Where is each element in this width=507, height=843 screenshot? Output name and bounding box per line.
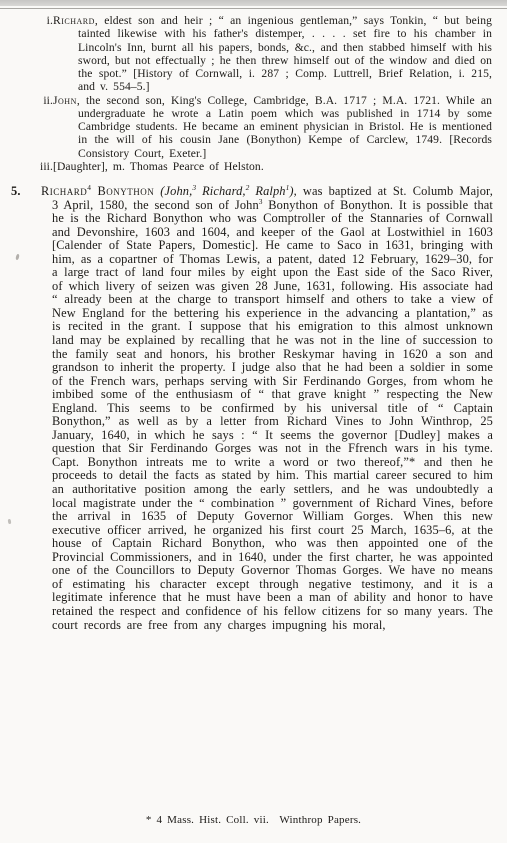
item-text: Richard, eldest son and heir ; “ an inge… [53, 14, 492, 93]
item-numeral: ii. [34, 94, 53, 107]
scan-edge-strip [0, 0, 507, 6]
scan-edge-line [0, 8, 507, 9]
page-content: i.Richard, eldest son and heir ; “ an in… [0, 14, 507, 632]
entry-text: Richard4 Bonython (John,3 Richard,2 Ralp… [41, 184, 493, 632]
item-numeral: i. [34, 14, 53, 27]
scan-speck [8, 519, 12, 524]
list-item-john: ii.John, the second son, King's College,… [78, 94, 492, 160]
list-item-richard: i.Richard, eldest son and heir ; “ an in… [78, 14, 492, 94]
genealogy-entry-richard-bonython: 5.Richard4 Bonython (John,3 Richard,2 Ra… [52, 185, 493, 632]
item-numeral: iii. [34, 160, 53, 173]
footnote-citation: * 4 Mass. Hist. Coll. vii. Winthrop Pape… [0, 814, 507, 826]
item-text: [Daughter], m. Thomas Pearce of Helston. [53, 160, 264, 173]
list-item-daughter: iii.[Daughter], m. Thomas Pearce of Hels… [78, 160, 492, 173]
item-text: John, the second son, King's College, Ca… [53, 94, 492, 160]
entry-numeral: 5. [11, 185, 41, 199]
children-list: i.Richard, eldest son and heir ; “ an in… [0, 14, 507, 173]
book-page: i.Richard, eldest son and heir ; “ an in… [0, 0, 507, 843]
